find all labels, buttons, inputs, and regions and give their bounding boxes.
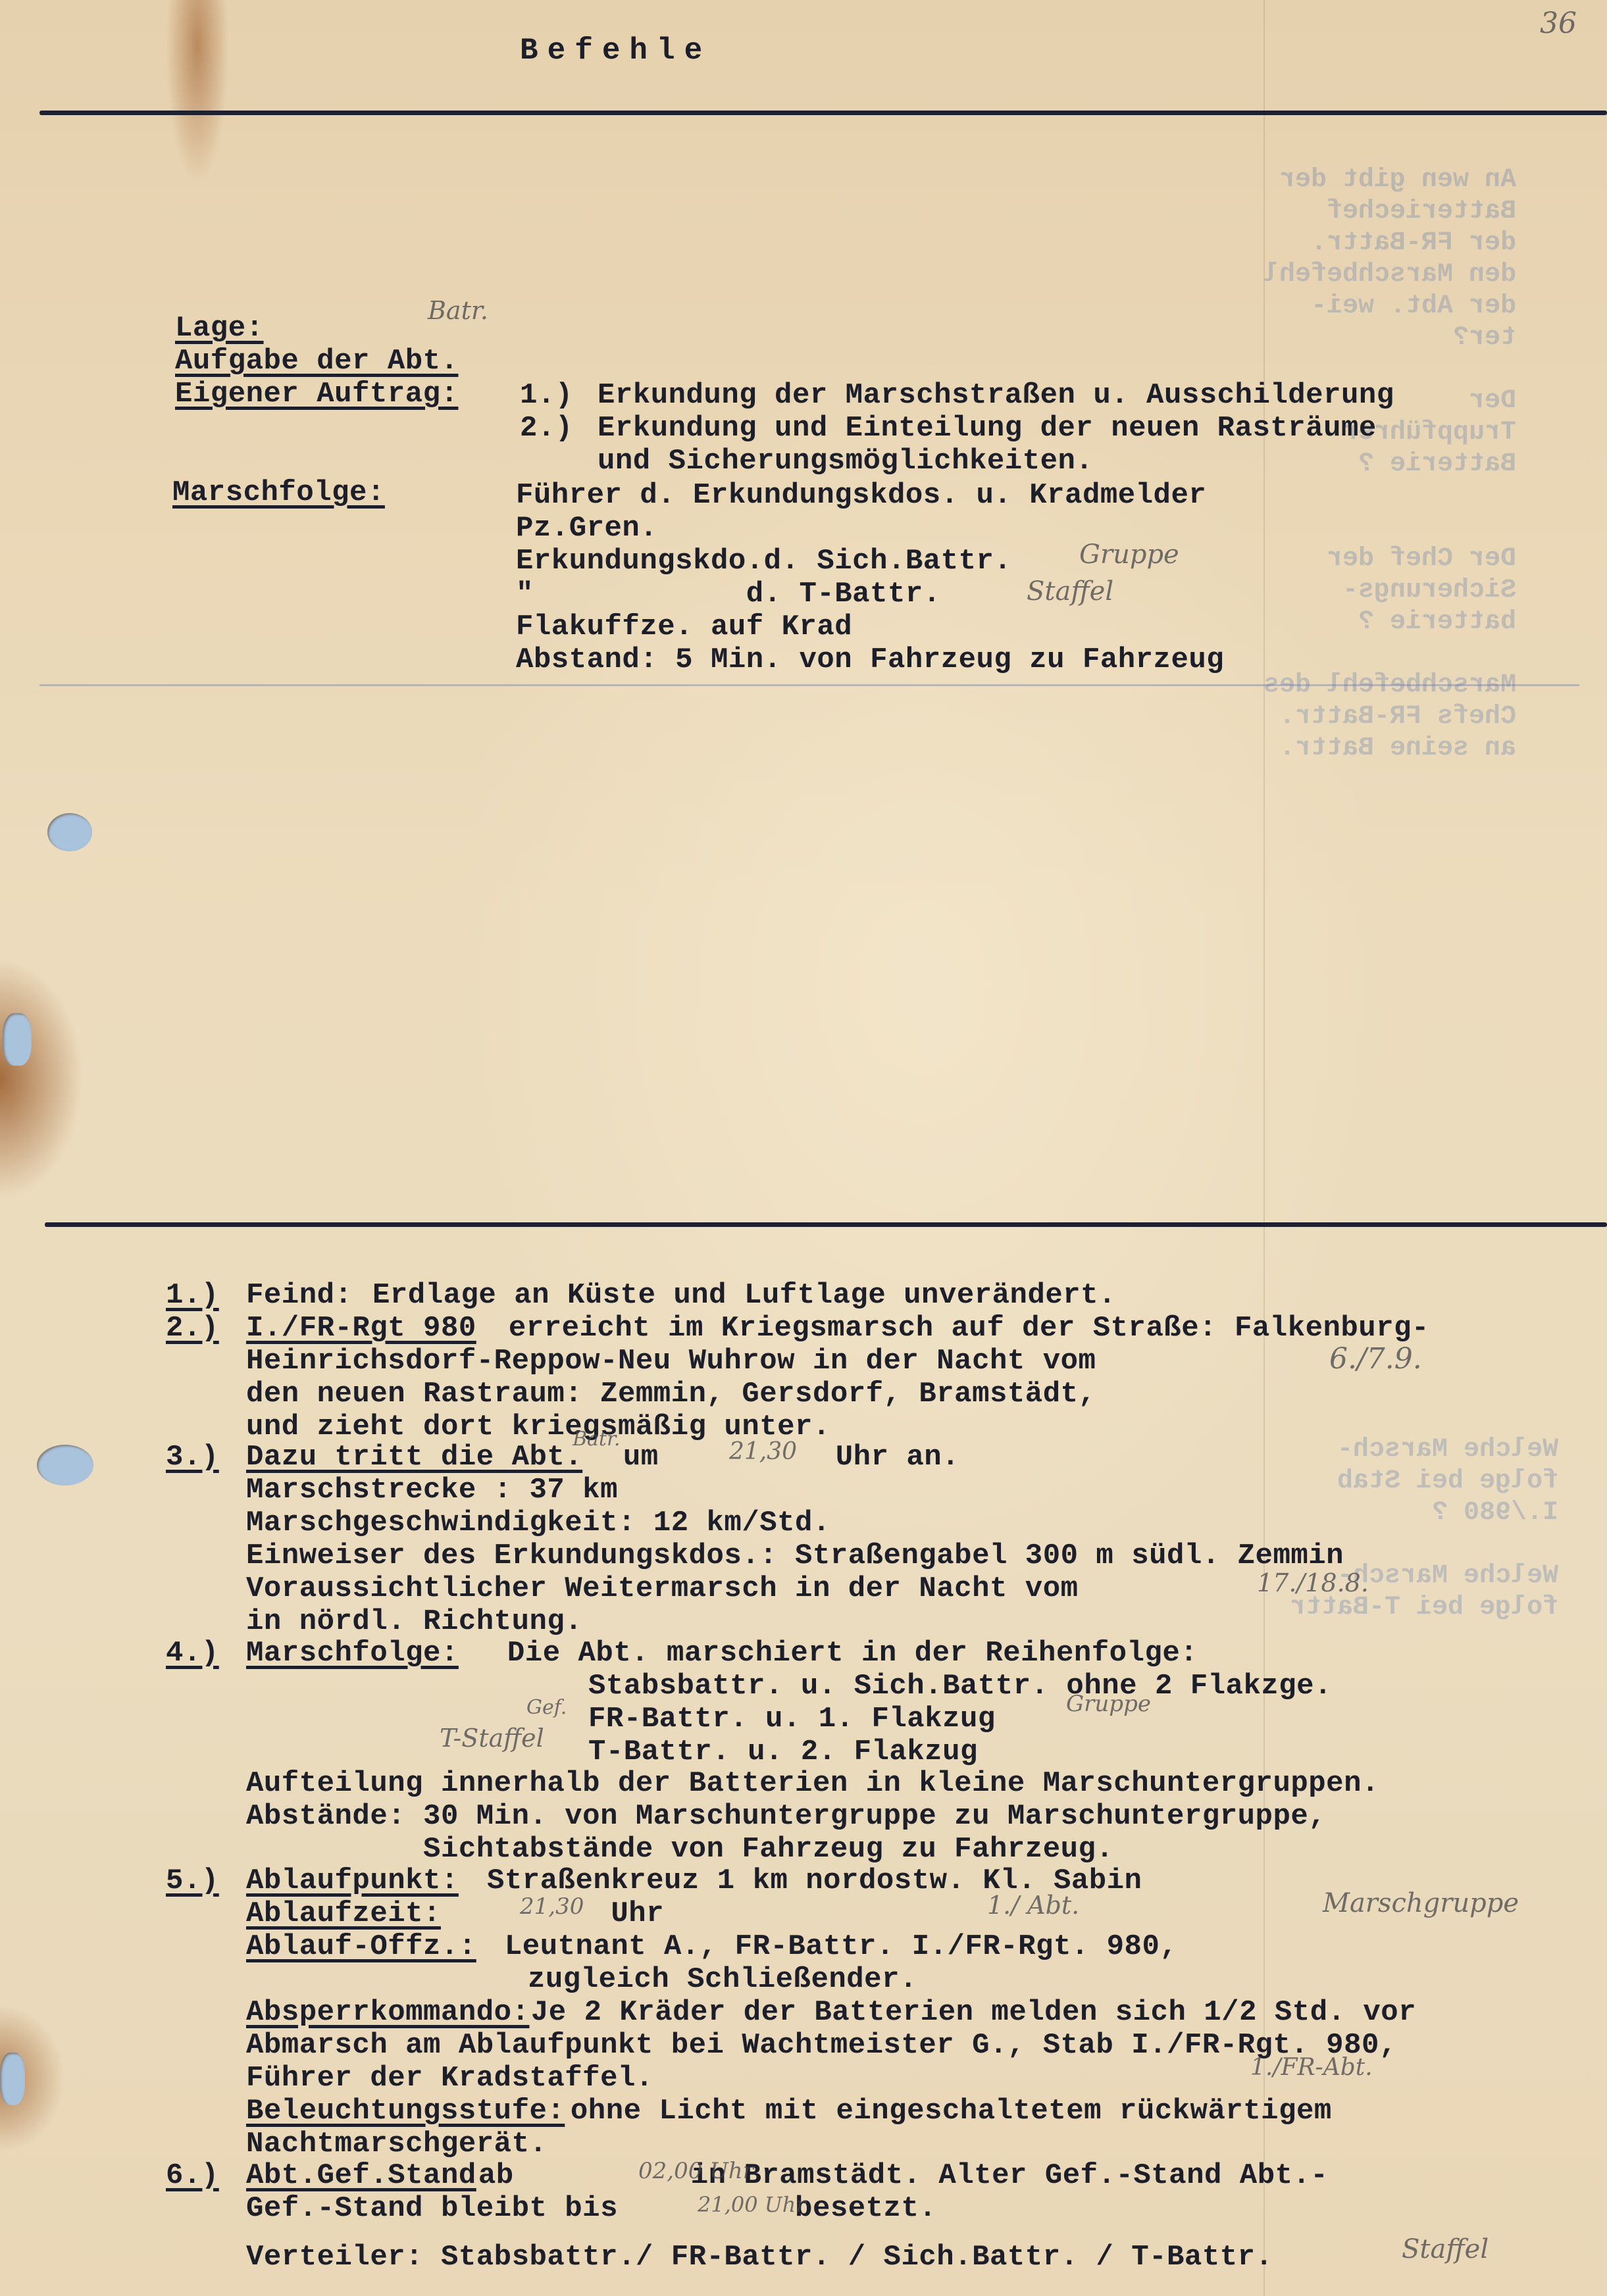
section-divider [39,684,1579,686]
marschfolge-line: Flakuffze. auf Krad [516,611,852,643]
item-3-line: Marschgeschwindigkeit: 12 km/Std. [246,1507,830,1539]
handwritten-batr: Batr. [573,1428,621,1451]
handwritten-gruppe: Gruppe [1079,539,1179,570]
item-1-num: 1.) [166,1279,219,1312]
handwritten-gruppe: Gruppe [1066,1691,1151,1717]
item-6-cont: Gef.-Stand bleibt bis besetzt. [246,2192,936,2225]
item-3-num: 3.) [166,1441,219,1474]
label-lage: Lage: [175,312,264,345]
beleucht-cont: Nachtmarschgerät. [246,2128,547,2160]
item-2-num: 2.) [166,1312,219,1345]
item-6-num: 6.) [166,2159,219,2192]
item-3-line: in nördl. Richtung. [246,1605,582,1638]
ablauf-offz-value: Leutnant A., FR-Battr. I./FR-Rgt. 980, [487,1930,1177,1963]
item-4-order: T-Battr. u. 2. Flakzug [588,1735,978,1768]
section-rule [45,1222,1607,1227]
torn-hole [3,1013,32,1066]
item-2-text: erreicht im Kriegsmarsch auf der Straße:… [491,1312,1429,1345]
page-number: 36 [1540,7,1577,40]
handwritten-gef: Gef. [526,1696,567,1719]
item-4-label: Marschfolge: [246,1637,459,1670]
torn-hole-2 [0,2053,25,2105]
item-6-text: ab in Bramstädt. Alter Gef.-Stand Abt.- [461,2159,1328,2192]
item-1-text: Erdlage an Küste und Luftlage unveränder… [372,1279,1116,1312]
handwritten-time-1: 21,30 [729,1438,797,1465]
ablaufpunkt-label: Ablaufpunkt: [246,1864,459,1897]
handwritten-staffel: Staffel [1027,576,1113,607]
auftrag-item-2-text: Erkundung und Einteilung der neuen Rastr… [598,412,1377,445]
auftrag-item-2-num: 2.) [520,412,573,445]
handwritten-time-4: 21,00 Uhr [698,2192,806,2217]
item-3-label: Dazu tritt die Abt. [246,1441,582,1474]
show-through-text: An wen gibt der Batteriechef der FR-Batt… [1263,164,1516,764]
item-2-line: Heinrichsdorf-Reppow-Neu Wuhrow in der N… [246,1345,1096,1378]
label-aufgabe: Aufgabe der Abt. [175,345,458,378]
item-5-num: 5.) [166,1864,219,1897]
item-3-line: Einweiser des Erkundungskdos.: Straßenga… [246,1539,1344,1572]
item-3-line: Voraussichtlicher Weitermarsch in der Na… [246,1572,1079,1605]
item-4-line: Aufteilung innerhalb der Batterien in kl… [246,1767,1379,1800]
auftrag-item-1-num: 1.) [520,379,573,412]
item-2-line: den neuen Rastraum: Zemmin, Gersdorf, Br… [246,1378,1096,1410]
verteiler: Verteiler: Stabsbattr./ FR-Battr. / Sich… [246,2241,1273,2274]
header-rule [39,111,1607,115]
item-4-text: Die Abt. marschiert in der Reihenfolge: [490,1637,1198,1670]
handwritten-t-staffel: T-Staffel [440,1724,544,1753]
punch-hole-bottom [37,1445,93,1485]
label-marschfolge: Marschfolge: [172,476,385,509]
item-1-label: Feind: [246,1279,352,1312]
item-4-order: Stabsbattr. u. Sich.Battr. ohne 2 Flakzg… [588,1670,1332,1703]
marschfolge-line: Abstand: 5 Min. von Fahrzeug zu Fahrzeug [516,643,1224,676]
handwritten-time-2: 21,30 [520,1893,584,1920]
beleucht-value: ohne Licht mit eingeschaltetem rückwärti… [553,2095,1332,2128]
auftrag-item-1-text: Erkundung der Marschstraßen u. Ausschild… [598,379,1394,412]
marschfolge-line: " d. T-Battr. [516,578,941,611]
absperr-line: Abmarsch am Ablaufpunkt bei Wachtmeister… [246,2029,1397,2062]
item-3-line: Marschstrecke : 37 km [246,1474,618,1507]
marschfolge-line: Führer d. Erkundungskdos. u. Kradmelder [516,479,1206,512]
handwritten-date-2: 17./18.8. [1257,1568,1369,1597]
handwritten-time-3: 02,00 Uhr [638,2158,753,2184]
ablauf-offz-cont: zugleich Schließender. [528,1963,917,1996]
handwritten-stab-correction: 1./FR-Abt. [1250,2054,1373,2081]
handwritten-signature: Marschgruppe [1323,1888,1519,1918]
absperr-label: Absperrkommando: [246,1996,529,2029]
handwritten-staffel: Staffel [1402,2234,1489,2264]
handwritten-batr: Batr. [428,296,488,325]
item-6-label: Abt.Gef.Stand [246,2159,476,2192]
punch-hole-top [47,813,92,851]
page-title: Befehle [520,34,711,67]
ablaufzeit-label: Ablaufzeit: [246,1897,441,1930]
item-4-num: 4.) [166,1637,219,1670]
item-4-line: Sichtabstände von Fahrzeug zu Fahrzeug. [246,1833,1113,1866]
ablauf-offz-label: Ablauf-Offz.: [246,1930,476,1963]
marschfolge-line: Pz.Gren. [516,512,657,545]
absperr-line: Führer der Kradstaffel. [246,2062,653,2095]
marschfolge-line: Erkundungskdo.d. Sich.Battr. [516,545,1011,578]
item-4-line: Abstände: 30 Min. von Marschuntergruppe … [246,1800,1326,1833]
beleucht-label: Beleuchtungsstufe: [246,2095,565,2128]
auftrag-continuation: und Sicherungsmöglichkeiten. [598,445,1093,478]
item-4-order: FR-Battr. u. 1. Flakzug [588,1703,996,1735]
item-2-label: I./FR-Rgt 980 [246,1312,476,1345]
handwritten-date-1: 6./7.9. [1329,1342,1422,1376]
label-eigener-auftrag: Eigener Auftrag: [175,378,458,411]
absperr-value: Je 2 Kräder der Batterien melden sich 1/… [513,1996,1416,2029]
handwritten-abt: 1./ Abt. [987,1891,1079,1920]
